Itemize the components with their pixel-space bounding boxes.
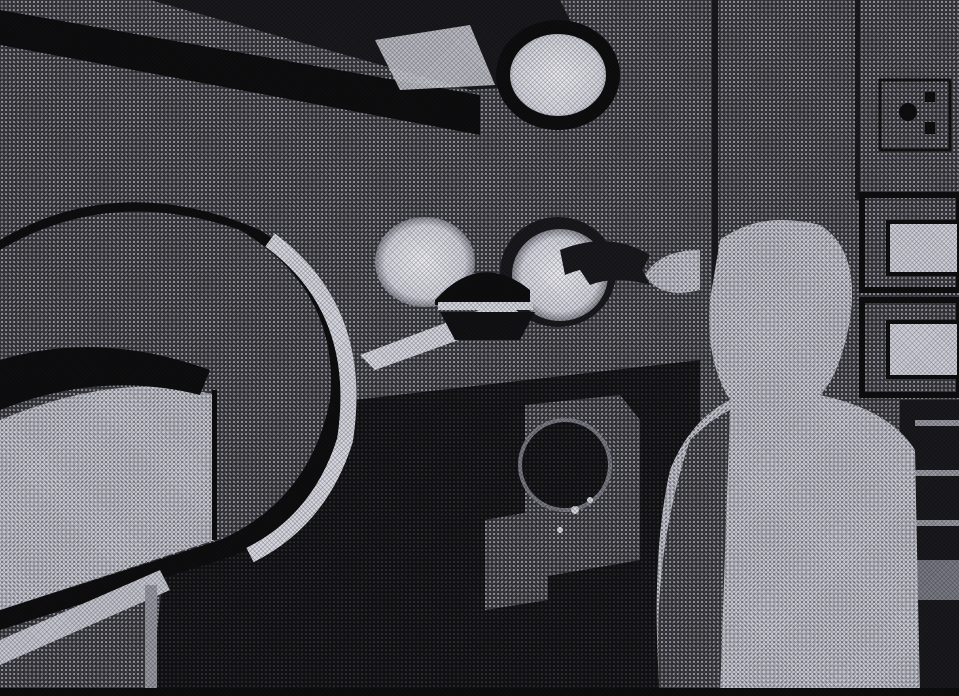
overhead-lamp: [503, 27, 613, 123]
halftone-photo: Person in a hooded white cleanroom suit …: [0, 0, 959, 696]
photo-scene: [0, 0, 959, 696]
